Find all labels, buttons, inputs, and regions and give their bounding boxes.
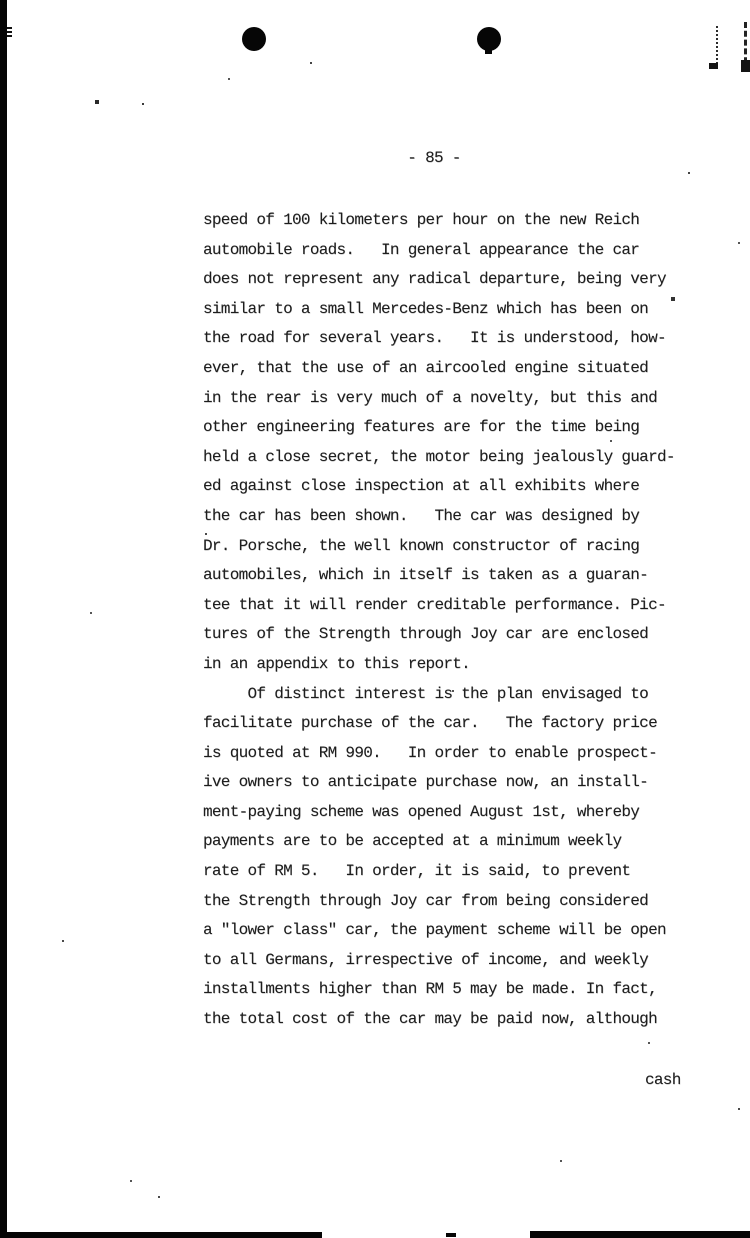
text-line: the car has been shown. The car was desi… xyxy=(203,502,703,532)
text-line: ment-paying scheme was opened August 1st… xyxy=(203,798,703,828)
text-line: speed of 100 kilometers per hour on the … xyxy=(203,206,703,236)
text-line: facilitate purchase of the car. The fact… xyxy=(203,709,703,739)
text-line: held a close secret, the motor being jea… xyxy=(203,443,703,473)
text-line: other engineering features are for the t… xyxy=(203,413,703,443)
text-line: to all Germans, irrespective of income, … xyxy=(203,946,703,976)
scan-black-edge-bottom xyxy=(530,1231,750,1238)
text-line: the road for several years. It is unders… xyxy=(203,324,703,354)
stamp-corner-fragment xyxy=(709,63,718,69)
text-line: a "lower class" car, the payment scheme … xyxy=(203,916,703,946)
text-line: ed against close inspection at all exhib… xyxy=(203,472,703,502)
catchword: cash xyxy=(645,1071,681,1089)
text-line: similar to a small Mercedes-Benz which h… xyxy=(203,295,703,325)
scan-edge-tick-mark xyxy=(7,27,12,37)
text-line: the total cost of the car may be paid no… xyxy=(203,1005,703,1035)
stamp-corner-fragment xyxy=(741,60,750,72)
scan-black-edge-bottom xyxy=(0,1232,322,1238)
stamp-corner-fragment xyxy=(716,26,718,68)
text-line: in the rear is very much of a novelty, b… xyxy=(203,384,703,414)
text-line: is quoted at RM 990. In order to enable … xyxy=(203,739,703,769)
document-body: speed of 100 kilometers per hour on the … xyxy=(203,206,703,1035)
text-line: ever, that the use of an aircooled engin… xyxy=(203,354,703,384)
text-line: ive owners to anticipate purchase now, a… xyxy=(203,768,703,798)
text-line: automobiles, which in itself is taken as… xyxy=(203,561,703,591)
text-line: the Strength through Joy car from being … xyxy=(203,887,703,917)
text-line: Of distinct interest is the plan envisag… xyxy=(203,680,703,710)
scan-speckles xyxy=(0,0,2,2)
text-line: tee that it will render creditable perfo… xyxy=(203,591,703,621)
text-line: installments higher than RM 5 may be mad… xyxy=(203,975,703,1005)
text-line: does not represent any radical departure… xyxy=(203,265,703,295)
hole-punch-mark xyxy=(477,27,501,51)
text-line: automobile roads. In general appearance … xyxy=(203,236,703,266)
scanned-document-page: - 85 - speed of 100 kilometers per hour … xyxy=(0,0,750,1238)
text-line: Dr. Porsche, the well known constructor … xyxy=(203,532,703,562)
hole-punch-mark xyxy=(242,27,266,51)
page-number: - 85 - xyxy=(203,149,665,167)
text-line: rate of RM 5. In order, it is said, to p… xyxy=(203,857,703,887)
scan-black-edge-left xyxy=(0,0,7,1238)
text-line: in an appendix to this report. xyxy=(203,650,703,680)
scan-black-edge-bottom xyxy=(446,1233,456,1237)
text-line: payments are to be accepted at a minimum… xyxy=(203,827,703,857)
text-line: tures of the Strength through Joy car ar… xyxy=(203,620,703,650)
